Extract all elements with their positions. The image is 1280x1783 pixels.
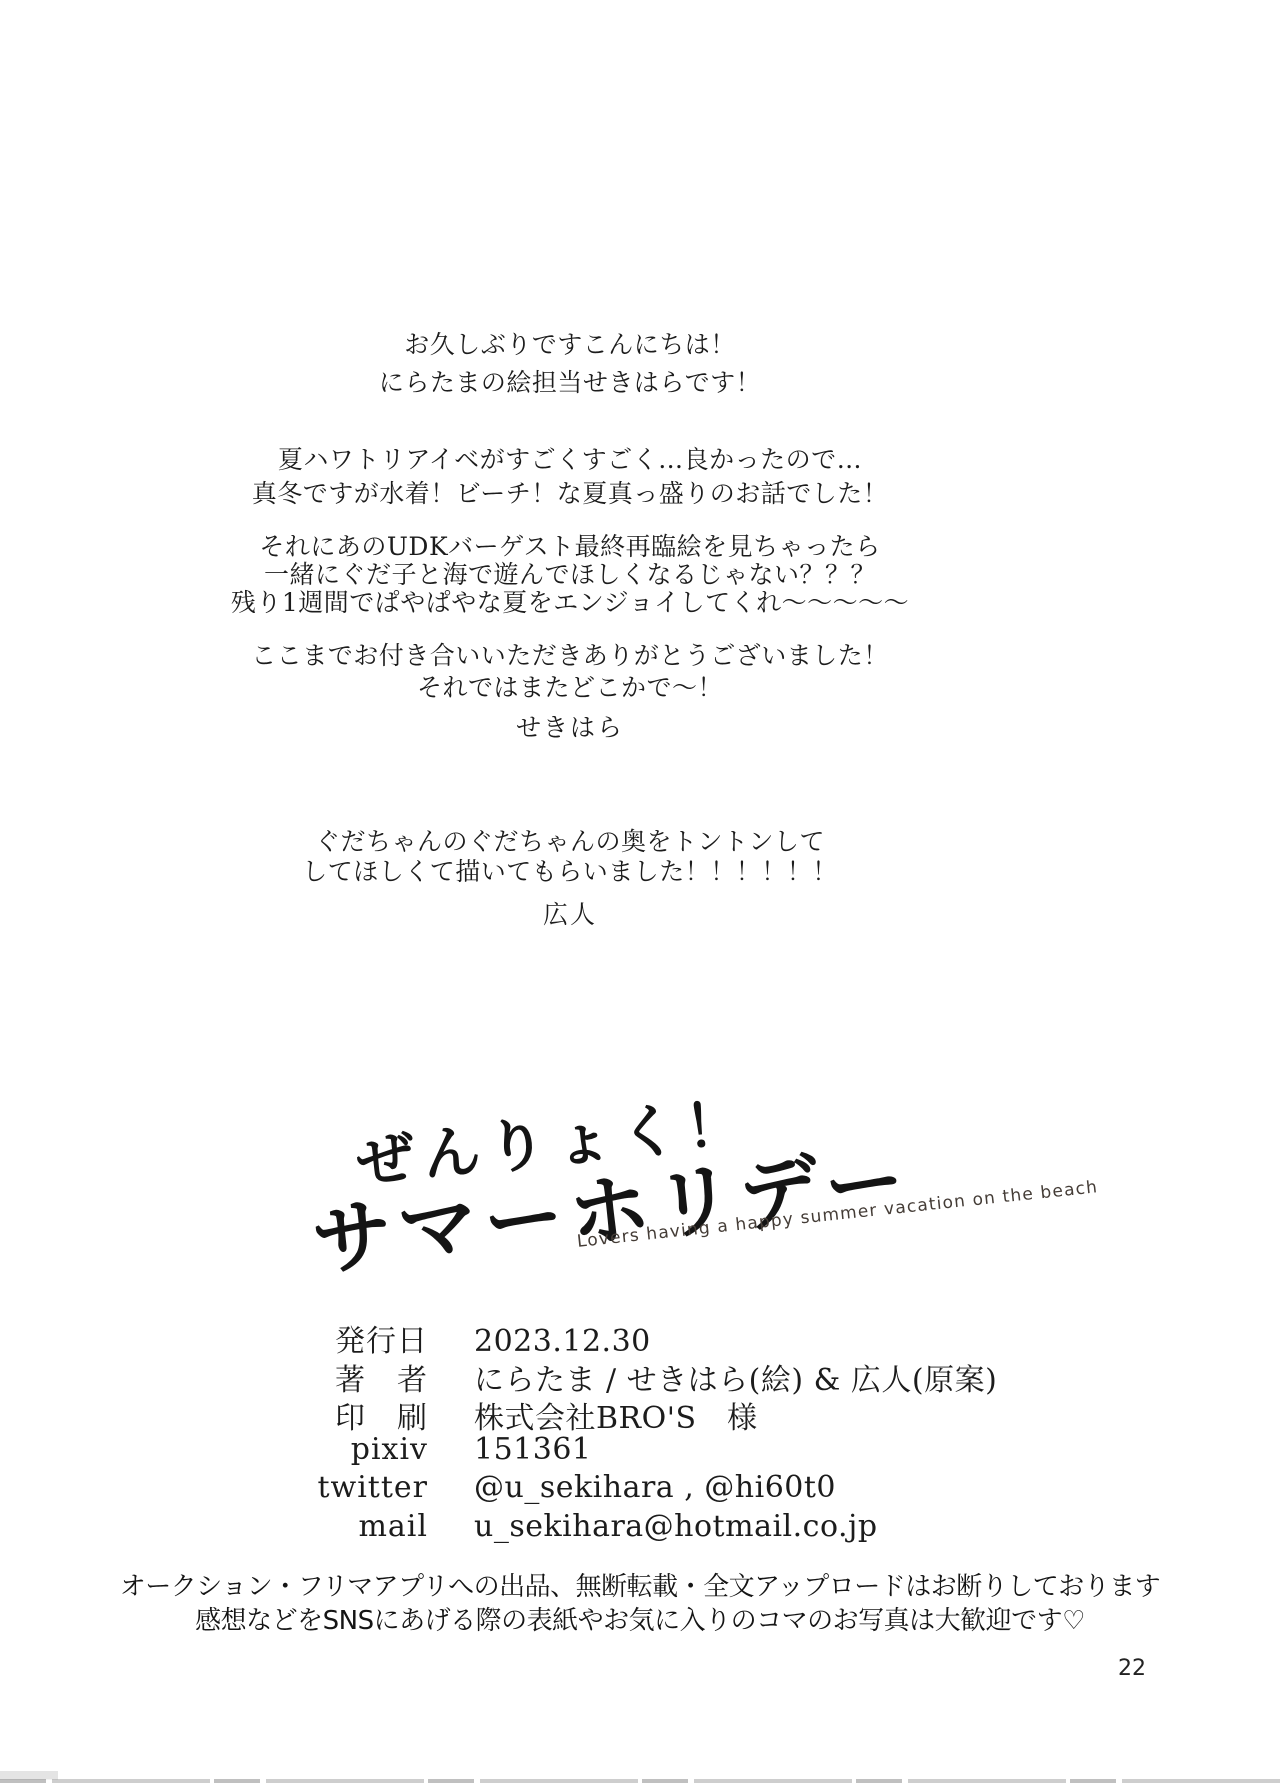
- colophon-label: twitter: [298, 1470, 428, 1505]
- colophon-label: 発行日: [298, 1316, 428, 1360]
- afterword-para2-line-3: 残り1週間でぱやぱやな夏をエンジョイしてくれ～～～～～: [0, 583, 1140, 619]
- colophon-row-printer: 印 刷 株式会社BRO'S 様: [298, 1393, 997, 1432]
- afterword-para1-line-2: 真冬ですが水着！ビーチ！な夏真っ盛りのお話でした！: [0, 474, 1140, 510]
- colophon-row-author: 著 者 にらたま / せきはら(絵) & 広人(原案): [298, 1355, 997, 1394]
- colophon-row-pixiv: pixiv 151361: [298, 1432, 997, 1471]
- afterword-greeting-line-1: お久しぶりですこんにちは！: [0, 325, 1140, 361]
- afterword-para4-line-2: してほしくて描いてもらいました！！！！！！: [0, 852, 1140, 888]
- afterword-greeting-line-2: にらたまの絵担当せきはらです！: [0, 363, 1140, 399]
- colophon-value: 151361: [474, 1432, 592, 1467]
- page-number: 22: [1118, 1656, 1146, 1681]
- colophon-row-publish-date: 発行日 2023.12.30: [298, 1316, 997, 1355]
- colophon-row-twitter: twitter @u_sekihara , @hi60t0: [298, 1470, 997, 1509]
- afterword-para1-line-1: 夏ハワトリアイベがすごくすごく…良かったので…: [0, 440, 1140, 476]
- afterword-para3-line-1: ここまでお付き合いいただきありがとうございました！: [0, 636, 1140, 672]
- doujinshi-afterword-page: お久しぶりですこんにちは！ にらたまの絵担当せきはらです！ 夏ハワトリアイベがす…: [0, 0, 1280, 1783]
- colophon-value: にらたま / せきはら(絵) & 広人(原案): [474, 1355, 997, 1399]
- colophon-label: mail: [298, 1509, 428, 1544]
- notice-line-2: 感想などをSNSにあげる際の表紙やお気に入りのコマのお写真は大歓迎です♡: [0, 1600, 1280, 1637]
- colophon-row-mail: mail u_sekihara@hotmail.co.jp: [298, 1509, 997, 1548]
- afterword-signature-hiroto: 広人: [0, 895, 1140, 931]
- afterword-signature-sekihara: せきはら: [0, 708, 1140, 744]
- colophon: 発行日 2023.12.30 著 者 にらたま / せきはら(絵) & 広人(原…: [298, 1316, 997, 1547]
- colophon-label: 著 者: [298, 1355, 428, 1399]
- notice-line-1: オークション・フリマアプリへの出品、無断転載・全文アップロードはお断りしておりま…: [0, 1566, 1280, 1603]
- afterword-para3-line-2: それではまたどこかで～！: [0, 668, 1140, 704]
- colophon-value: @u_sekihara , @hi60t0: [474, 1470, 836, 1505]
- colophon-label: 印 刷: [298, 1393, 428, 1437]
- scan-artifact-bottom-edge: [0, 1779, 1280, 1783]
- colophon-value: u_sekihara@hotmail.co.jp: [474, 1509, 878, 1544]
- colophon-label: pixiv: [298, 1432, 428, 1467]
- colophon-value: 株式会社BRO'S 様: [474, 1393, 758, 1437]
